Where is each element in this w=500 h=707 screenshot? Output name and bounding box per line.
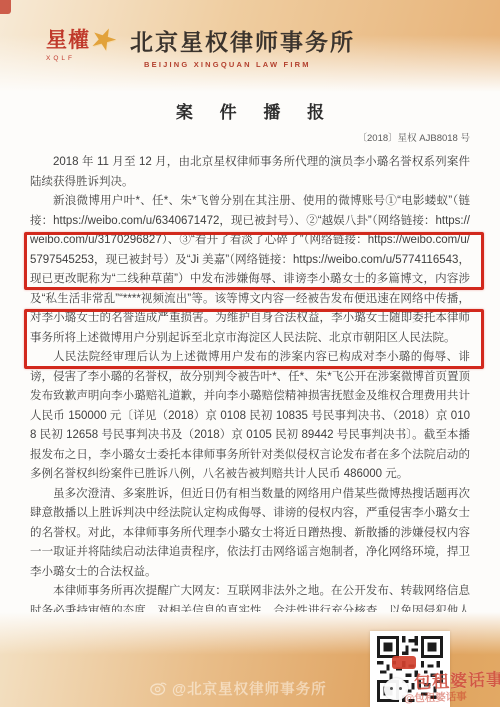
document-content: 案 件 播 报 〔2018〕星权 AJB8018 号 2018 年 11 月至 … — [30, 100, 470, 697]
paragraph-4: 虽多次澄清、多案胜诉，但近日仍有相当数量的网络用户借某些微博热搜话题再次肆意散播… — [30, 485, 470, 583]
qr-center-badge — [392, 656, 416, 669]
logo-seal-subtext: XQLF — [46, 55, 102, 62]
firm-name-cn: 北京星权律师事务所 — [130, 24, 355, 57]
weibo-watermark: @北京星权律师事务所 — [150, 678, 327, 699]
law-firm-logo: 星權 XQLF ★ 北京星权律师事务所 BEIJING XINGQUAN LAW… — [46, 24, 355, 69]
paragraph-2: 新浪微博用户叶*、任*、朱*飞曾分别在其注册、使用的微博账号①“电影蝼蚁”（链接… — [30, 192, 470, 348]
document-title: 案 件 播 报 — [30, 100, 470, 126]
weibo-watermark-text: @北京星权律师事务所 — [172, 678, 327, 699]
document-page: 星權 XQLF ★ 北京星权律师事务所 BEIJING XINGQUAN LAW… — [0, 0, 500, 707]
paragraph-3: 人民法院经审理后认为上述微博用户发布的涉案内容已构成对李小璐的侮辱、诽谤，侵害了… — [30, 348, 470, 485]
firm-name-block: 北京星权律师事务所 BEIJING XINGQUAN LAW FIRM — [130, 24, 355, 69]
weibo-icon — [150, 680, 167, 697]
corner-red-mark — [0, 0, 11, 14]
firm-name-en: BEIJING XINGQUAN LAW FIRM — [144, 60, 355, 69]
document-number: 〔2018〕星权 AJB8018 号 — [30, 130, 470, 144]
paragraphs: 2018 年 11 月至 12 月，由北京星权律师事务所代理的演员李小璐名誉权系… — [30, 153, 470, 641]
logo-seal: 星權 XQLF ★ — [46, 24, 102, 62]
paragraph-1: 2018 年 11 月至 12 月，由北京星权律师事务所代理的演员李小璐名誉权系… — [30, 153, 470, 192]
